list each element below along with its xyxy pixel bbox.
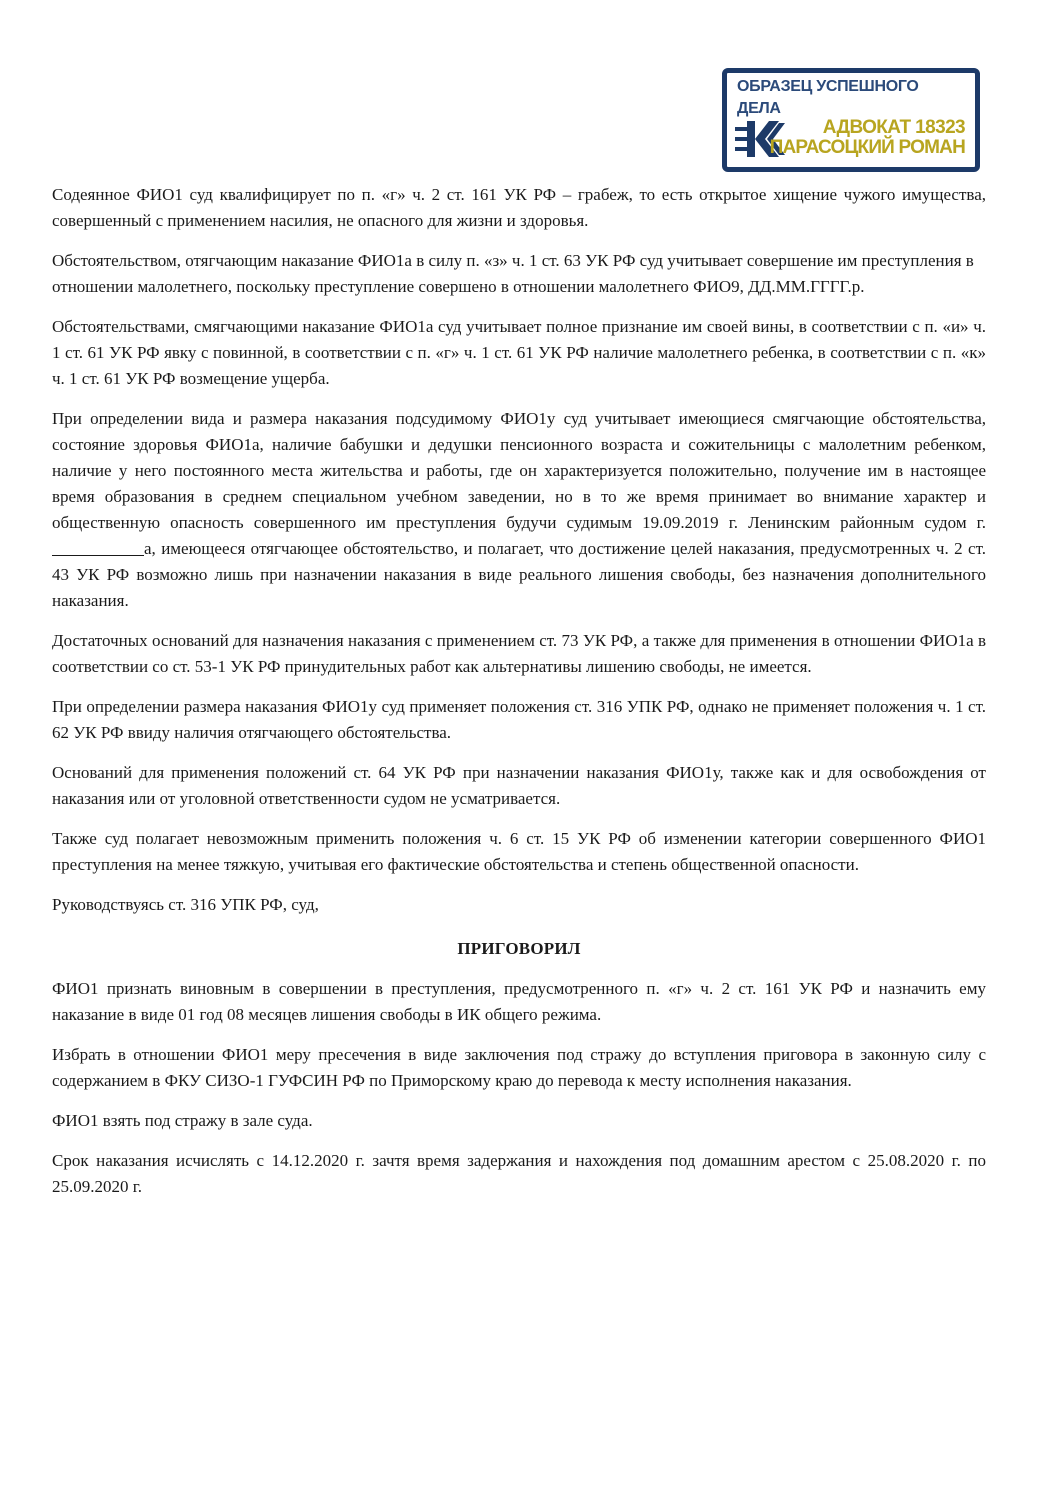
paragraph-no-grounds-73: Достаточных оснований для назначения нак… (52, 628, 986, 680)
paragraph-sentencing-factors: При определении вида и размера наказания… (52, 406, 986, 614)
paragraph-mitigating: Обстоятельствами, смягчающими наказание … (52, 314, 986, 392)
sentencing-text-start: При определении вида и размера наказания… (52, 409, 986, 532)
verdict-heading: ПРИГОВОРИЛ (52, 936, 986, 962)
logo-line-4: ПАРАСОЦКИЙ РОМАН (770, 137, 965, 159)
paragraph-art-316: При определении размера наказания ФИО1у … (52, 694, 986, 746)
paragraph-aggravating: Обстоятельством, отягчающим наказание ФИ… (52, 248, 986, 300)
logo-line-1: ОБРАЗЕЦ УСПЕШНОГО (737, 78, 919, 96)
paragraph-guided-by: Руководствуясь ст. 316 УПК РФ, суд, (52, 892, 986, 918)
logo-line-3: АДВОКАТ 18323 (823, 117, 965, 139)
watermark-logo: ОБРАЗЕЦ УСПЕШНОГО ДЕЛА АДВОКАТ 18323 ПАР… (722, 68, 980, 172)
redacted-blank (52, 539, 144, 556)
logo-line-2: ДЕЛА (737, 100, 781, 118)
paragraph-art-15: Также суд полагает невозможным применить… (52, 826, 986, 878)
verdict-take-into-custody: ФИО1 взять под стражу в зале суда. (52, 1108, 986, 1134)
paragraph-art-64: Оснований для применения положений ст. 6… (52, 760, 986, 812)
sentencing-text-end: а, имеющееся отягчающее обстоятельство, … (52, 539, 986, 610)
document-body: Содеянное ФИО1 суд квалифицирует по п. «… (52, 182, 986, 1214)
verdict-custody-measure: Избрать в отношении ФИО1 меру пресечения… (52, 1042, 986, 1094)
verdict-term-calculation: Срок наказания исчислять с 14.12.2020 г.… (52, 1148, 986, 1200)
paragraph-qualification: Содеянное ФИО1 суд квалифицирует по п. «… (52, 182, 986, 234)
verdict-guilty: ФИО1 признать виновным в совершении в пр… (52, 976, 986, 1028)
